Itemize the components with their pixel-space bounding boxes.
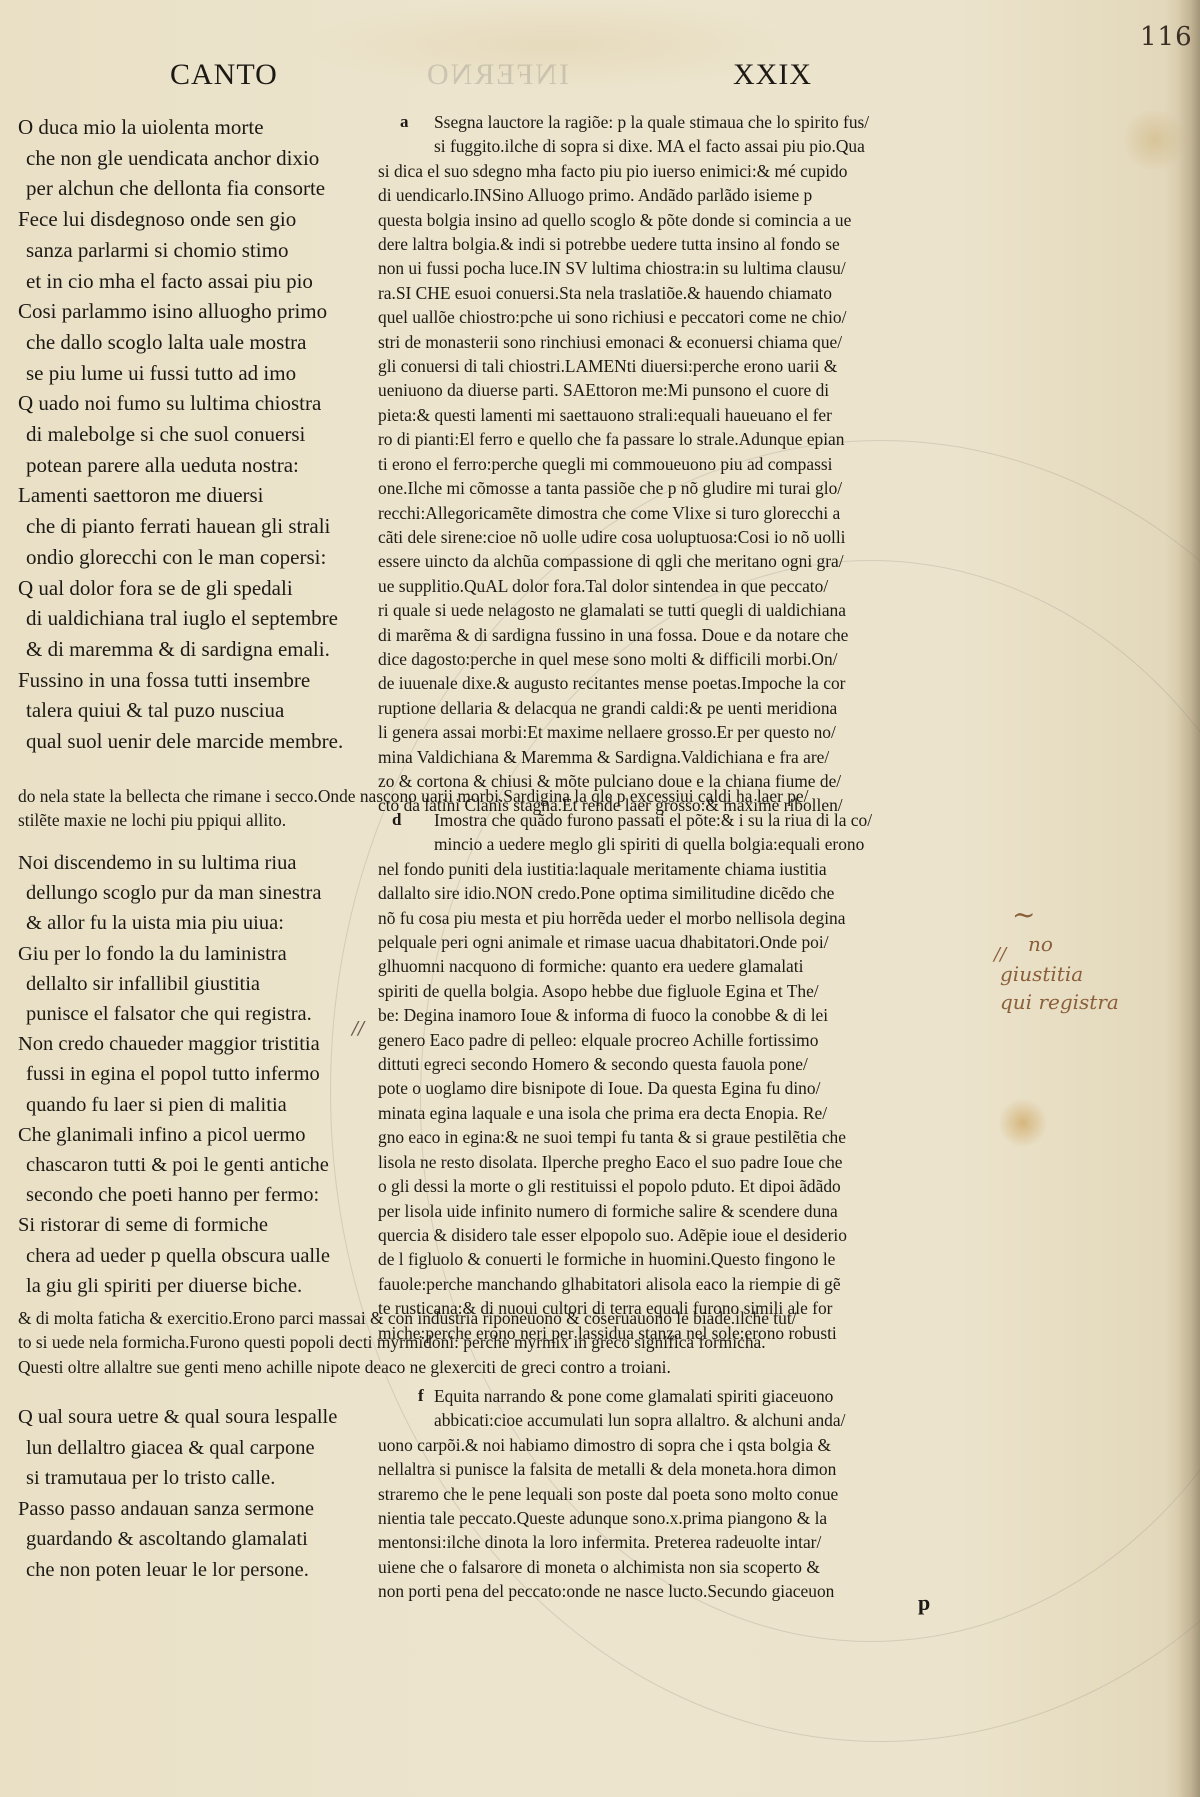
commentary-line: nellaltra si punisce la falsita de metal…	[378, 1457, 990, 1481]
commentary-line: dere laltra bolgia.& indi si potrebbe ue…	[378, 232, 990, 256]
commentary-line: ti erono el ferro:perche quegli mi commo…	[378, 452, 990, 476]
commentary-line: Ssegna lauctore la ragiõe: p la quale st…	[378, 110, 990, 134]
commentary-line: ueniuono da diuerse parti. SAEttoron me:…	[378, 378, 990, 402]
commentary-line: dice dagosto:perche in quel mese sono mo…	[378, 647, 990, 671]
running-head-canto: CANTO	[170, 58, 278, 92]
commentary-line: si fuggito.ilche di sopra si dixe. MA el…	[378, 134, 990, 158]
commentary-line: glhuomni nacquono di formiche: quanto er…	[378, 954, 990, 978]
commentary-line: Equita narrando & pone come glamalati sp…	[378, 1384, 990, 1408]
verse-line: potean parere alla ueduta nostra:	[18, 450, 378, 481]
verse-line: chera ad ueder p quella obscura ualle	[18, 1241, 378, 1271]
commentary-line: uono carpõi.& noi habiamo dimostro di so…	[378, 1433, 990, 1457]
commentary-line: genero Eaco padre di pelleo: elquale pro…	[378, 1028, 990, 1052]
verse-line: & di maremma & di sardigna emali.	[18, 634, 378, 665]
verse-line: Passo passo andauan sanza sermone	[18, 1494, 378, 1525]
running-head-number: XXIX	[733, 58, 812, 92]
commentary-line: ri quale si uede nelagosto ne glamalati …	[378, 598, 990, 622]
verse-line: Che glanimali infino a picol uermo	[18, 1120, 378, 1150]
verse-line: che di pianto ferrati hauean gli strali	[18, 511, 378, 542]
commentary-line: lisola ne resto disolata. Ilperche pregh…	[378, 1150, 990, 1174]
marginal-line-mark: ~	[1012, 898, 1035, 931]
verse-line: quando fu laer si pien di malitia	[18, 1090, 378, 1120]
verse-line: ondio glorecchi con le man copersi:	[18, 542, 378, 573]
commentary-marker: a	[400, 110, 409, 134]
verse-line: Q uado noi fumo su lultima chiostra	[18, 388, 378, 419]
commentary-line: nel fondo puniti dela iustitia:laquale m…	[378, 857, 990, 881]
verse-line: talera quiui & tal puzo nusciua	[18, 695, 378, 726]
commentary-line: quercia & disidero tale esser elpopolo s…	[378, 1223, 990, 1247]
page-edge-shadow	[1178, 0, 1200, 1797]
commentary-line: essere uincto da alchũa compassione di q…	[378, 549, 990, 573]
verse-line: che non poten leuar le lor persone.	[18, 1555, 378, 1586]
verse-line: lun dellaltro giacea & qual carpone	[18, 1433, 378, 1464]
verse-line: fussi in egina el popol tutto infermo	[18, 1059, 378, 1089]
verse-line: O duca mio la uiolenta morte	[18, 112, 378, 143]
verse-line: guardando & ascoltando glamalati	[18, 1524, 378, 1555]
running-head-show-through: INFERNO	[425, 58, 569, 92]
commentary-line: fauole:perche manchando glhabitatori ali…	[378, 1272, 990, 1296]
commentary-line: straremo che le pene lequali son poste d…	[378, 1482, 990, 1506]
commentary-line: uiene che o falsarore di moneta o alchim…	[378, 1555, 990, 1579]
verse-line: Noi discendemo in su lultima riua	[18, 848, 378, 878]
verse-line: Si ristorar di seme di formiche	[18, 1210, 378, 1240]
verse-line: Non credo chaueder maggior tristitia	[18, 1029, 378, 1059]
commentary-line: Questi oltre allaltre sue genti meno ach…	[18, 1355, 990, 1379]
verse-line: chascaron tutti & poi le genti antiche	[18, 1150, 378, 1180]
verse-line: qual suol uenir dele marcide membre.	[18, 726, 378, 757]
commentary-line: pote o uoglamo dire bisnipote di Ioue. D…	[378, 1076, 990, 1100]
commentary-line: nientia tale peccato.Queste adunque sono…	[378, 1506, 990, 1530]
verse-slash-mark: //	[352, 1018, 364, 1039]
commentary-block-a: a Ssegna lauctore la ragiõe: p la quale …	[378, 110, 990, 818]
commentary-line: quel uallõe chiostro:pche ui sono richiu…	[378, 305, 990, 329]
commentary-line: non ui fussi pocha luce.IN SV lultima ch…	[378, 256, 990, 280]
commentary-line: pieta:& questi lamenti mi saettauono str…	[378, 403, 990, 427]
commentary-line: questa bolgia insino ad quello scoglo & …	[378, 208, 990, 232]
commentary-marker: d	[392, 808, 401, 832]
commentary-line: di marẽma & di sardigna fussino in una f…	[378, 623, 990, 647]
verse-line: Lamenti saettoron me diuersi	[18, 480, 378, 511]
commentary-line: Imostra che quãdo furono passati el põte…	[378, 808, 990, 832]
marginal-note-qui-registra: qui registra	[1000, 990, 1119, 1014]
verse-line: & allor fu la uista mia piu uiua:	[18, 908, 378, 938]
full-width-commentary-2: & di molta faticha & exercitio.Erono par…	[18, 1306, 990, 1379]
commentary-line: cãti dele sirene:cioe nõ uolle udire cos…	[378, 525, 990, 549]
commentary-line: ro di pianti:El ferro e quello che fa pa…	[378, 427, 990, 451]
commentary-line: di uendicarlo.INSino Alluogo primo. Andã…	[378, 183, 990, 207]
commentary-line: do nela state la bellecta che rimane i s…	[18, 784, 990, 808]
marginal-note-giustitia: giustitia	[1000, 962, 1083, 986]
commentary-line: abbicati:cioe accumulati lun sopra allal…	[378, 1408, 990, 1432]
verse-line: Fece lui disdegnoso onde sen gio	[18, 204, 378, 235]
commentary-block-d: d Imostra che quãdo furono passati el põ…	[378, 808, 990, 1345]
verse-line: che non gle uendicata anchor dixio	[18, 143, 378, 174]
commentary-line: nõ fu cosa piu mesta et piu horrẽda uede…	[378, 906, 990, 930]
commentary-line: dallalto sire idio.NON credo.Pone optima…	[378, 881, 990, 905]
verse-line: dellalto sir infallibil giustitia	[18, 969, 378, 999]
commentary-line: mincio a uedere meglo gli spiriti di que…	[378, 832, 990, 856]
commentary-line: ra.SI CHE esuoi conuersi.Sta nela trasla…	[378, 281, 990, 305]
commentary-line: to si uede nela formicha.Furono questi p…	[18, 1330, 990, 1354]
verse-line: Q ual dolor fora se de gli spedali	[18, 573, 378, 604]
commentary-line: li genera assai morbi:Et maxime nellaere…	[378, 720, 990, 744]
commentary-line: spiriti de quella bolgia. Asopo hebbe du…	[378, 979, 990, 1003]
verse-line: Q ual soura uetre & qual soura lespalle	[18, 1402, 378, 1433]
commentary-line: pelquale peri ogni animale et rimase uac…	[378, 930, 990, 954]
commentary-line: gli conuersi di tali chiostri.LAMENti di…	[378, 354, 990, 378]
verse-line: Giu per lo fondo la du laministra	[18, 939, 378, 969]
commentary-line: stri de monasterii sono rinchiusi emonac…	[378, 330, 990, 354]
commentary-line: o gli dessi la morte o gli restituissi e…	[378, 1174, 990, 1198]
commentary-line: one.Ilche mi cõmosse a tanta passiõe che…	[378, 476, 990, 500]
commentary-line: mina Valdichiana & Maremma & Sardigna.Va…	[378, 745, 990, 769]
verse-line: se piu lume ui fussi tutto ad imo	[18, 358, 378, 389]
commentary-line: minata egina laquale e una isola che pri…	[378, 1101, 990, 1125]
verse-line: punisce el falsator che qui registra.	[18, 999, 378, 1029]
commentary-line: dittuti egreci secondo Homero & secondo …	[378, 1052, 990, 1076]
verse-block-2: Noi discendemo in su lultima riua dellun…	[18, 848, 378, 1301]
commentary-line: per lisola uide infinito numero di formi…	[378, 1199, 990, 1223]
verse-line: di ualdichiana tral iuglo el septembre	[18, 603, 378, 634]
verse-block-1: O duca mio la uiolenta morte che non gle…	[18, 112, 378, 757]
verse-line: Cosi parlammo isino alluogho primo	[18, 296, 378, 327]
commentary-line: be: Degina inamoro Ioue & informa di fuo…	[378, 1003, 990, 1027]
signature-mark: p	[918, 1590, 930, 1616]
commentary-line: recchi:Allegoricamẽte dimostra che come …	[378, 501, 990, 525]
commentary-line: gno eaco in egina:& ne suoi tempi fu tan…	[378, 1125, 990, 1149]
verse-line: che dallo scoglo lalta uale mostra	[18, 327, 378, 358]
verse-line: la giu gli spiriti per diuerse biche.	[18, 1271, 378, 1301]
commentary-line: non porti pena del peccato:onde ne nasce…	[378, 1579, 990, 1603]
verse-line: si tramutaua per lo tristo calle.	[18, 1463, 378, 1494]
commentary-line: ue supplitio.QuAL dolor fora.Tal dolor s…	[378, 574, 990, 598]
commentary-line: de l figluolo & conuerti le formiche in …	[378, 1247, 990, 1271]
foxing-stain	[998, 1098, 1048, 1148]
verse-line: Fussino in una fossa tutti insembre	[18, 665, 378, 696]
verse-line: dellungo scoglo pur da man sinestra	[18, 878, 378, 908]
commentary-line: si dica el suo sdegno mha facto piu pio …	[378, 159, 990, 183]
folio-number: 116	[1140, 22, 1193, 52]
marginal-note-no: no	[1028, 932, 1053, 956]
commentary-block-f: f Equita narrando & pone come glamalati …	[378, 1384, 990, 1604]
commentary-line: mentonsi:ilche dinota la loro infermita.…	[378, 1530, 990, 1554]
verse-line: di malebolge si che suol conuersi	[18, 419, 378, 450]
commentary-line: ruptione dellaria & delacqua ne grandi c…	[378, 696, 990, 720]
verse-line: et in cio mha el facto assai piu pio	[18, 266, 378, 297]
verse-block-3: Q ual soura uetre & qual soura lespalle …	[18, 1402, 378, 1585]
commentary-line: & di molta faticha & exercitio.Erono par…	[18, 1306, 990, 1330]
verse-line: sanza parlarmi si chomio stimo	[18, 235, 378, 266]
verse-line: per alchun che dellonta fia consorte	[18, 173, 378, 204]
verse-line: secondo che poeti hanno per fermo:	[18, 1180, 378, 1210]
commentary-line: de iuuenale dixe.& augusto recitantes me…	[378, 671, 990, 695]
commentary-marker: f	[418, 1384, 424, 1408]
